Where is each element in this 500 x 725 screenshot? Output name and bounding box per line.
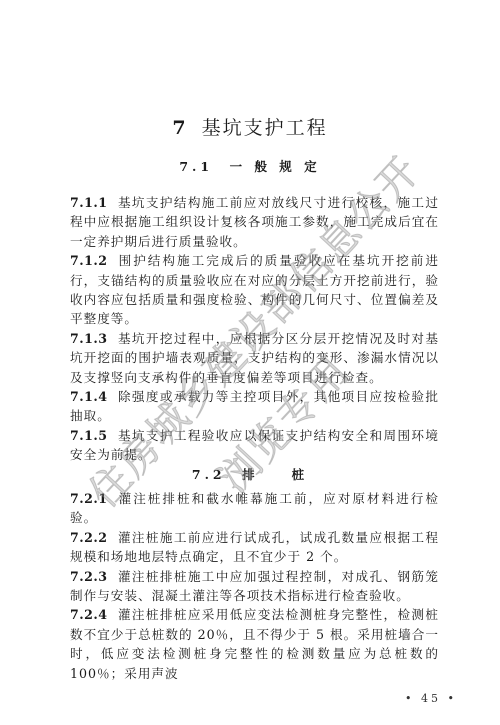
clause-number: 7.2.4 (70, 607, 108, 622)
clause-text: 围护结构施工完成后的质量验收应在基坑开挖前进行，支锚结构的质量验收应在对应的分层… (70, 253, 439, 326)
clause-7-2-2: 7.2.2灌注桩施工前应进行试成孔，试成孔数量应根据工程规模和场地地层特点确定，… (70, 528, 439, 567)
clause-text: 基坑开挖过程中，应根据分区分层开挖情况及时对基坑开挖面的围护墙表观质量，支护结构… (70, 331, 439, 385)
clause-text: 除强度或承载力等主控项目外，其他项目应按检验批抽取。 (70, 389, 439, 423)
section-title-7-1: 7.1 一 般 规 定 (0, 157, 500, 175)
clause-7-2-3: 7.2.3灌注桩排桩施工中应加强过程控制，对成孔、钢筋笼制作与安装、混凝土灌注等… (70, 567, 439, 606)
clause-text: 灌注桩排桩和截水帷幕施工前，应对原材料进行检验。 (70, 491, 439, 525)
clause-7-1-4: 7.1.4除强度或承载力等主控项目外，其他项目应按检验批抽取。 (70, 387, 439, 426)
clause-text: 基坑支护工程验收应以保证支护结构安全和周围环境安全为前提。 (70, 428, 439, 462)
clause-text: 灌注桩排桩应采用低应变法检测桩身完整性，检测桩数不宜少于总桩数的 20％，且不得… (70, 607, 439, 680)
clause-text: 基坑支护结构施工前应对放线尺寸进行校核，施工过程中应根据施工组织设计复核各项施工… (70, 195, 439, 249)
chapter-title-text: 基坑支护工程 (202, 117, 328, 139)
clause-number: 7.1.2 (70, 253, 108, 268)
clause-7-2-4: 7.2.4灌注桩排桩应采用低应变法检测桩身完整性，检测桩数不宜少于总桩数的 20… (70, 605, 439, 683)
clause-text: 灌注桩排桩施工中应加强过程控制，对成孔、钢筋笼制作与安装、混凝土灌注等各项技术指… (70, 569, 439, 603)
clause-7-1-1: 7.1.1基坑支护结构施工前应对放线尺寸进行校核，施工过程中应根据施工组织设计复… (70, 193, 439, 251)
clause-7-1-2: 7.1.2围护结构施工完成后的质量验收应在基坑开挖前进行，支锚结构的质量验收应在… (70, 251, 439, 329)
clause-7-2-1: 7.2.1灌注桩排桩和截水帷幕施工前，应对原材料进行检验。 (70, 489, 439, 528)
clause-7-1-3: 7.1.3基坑开挖过程中，应根据分区分层开挖情况及时对基坑开挖面的围护墙表观质量… (70, 329, 439, 387)
section-body-7-2: 7.2.1灌注桩排桩和截水帷幕施工前，应对原材料进行检验。 7.2.2灌注桩施工… (70, 489, 439, 683)
clause-number: 7.1.3 (70, 331, 108, 346)
clause-number: 7.2.2 (70, 530, 108, 545)
section-body-7-1: 7.1.1基坑支护结构施工前应对放线尺寸进行校核，施工过程中应根据施工组织设计复… (70, 193, 439, 465)
clause-7-1-5: 7.1.5基坑支护工程验收应以保证支护结构安全和周围环境安全为前提。 (70, 426, 439, 465)
clause-number: 7.1.5 (70, 428, 108, 443)
chapter-title: 7基坑支护工程 (0, 113, 500, 140)
clause-number: 7.2.1 (70, 491, 108, 506)
clause-number: 7.2.3 (70, 569, 108, 584)
clause-number: 7.1.1 (70, 195, 108, 210)
page-number: • 45 • (405, 692, 457, 705)
clause-text: 灌注桩施工前应进行试成孔，试成孔数量应根据工程规模和场地地层特点确定，且不宜少于… (70, 530, 439, 564)
clause-number: 7.1.4 (70, 389, 108, 404)
section-title-7-2: 7.2 排 桩 (0, 465, 500, 483)
chapter-number: 7 (172, 117, 187, 139)
document-page: 7基坑支护工程 7.1 一 般 规 定 7.1.1基坑支护结构施工前应对放线尺寸… (0, 0, 500, 725)
